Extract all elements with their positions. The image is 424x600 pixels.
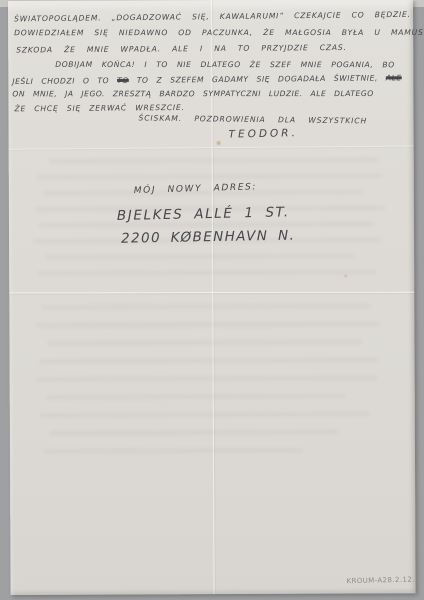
bleedthrough-smudge: [46, 394, 346, 400]
bleedthrough-smudge: [37, 173, 382, 180]
letter-line-3: SZKODA ŻE MNIE WPADŁA. ALE I NA TO PRZYJ…: [16, 43, 347, 55]
bleedthrough-smudge: [50, 430, 340, 436]
bleedthrough-smudge: [44, 448, 304, 454]
scanned-letter-page: { "letter": { "line1": "ŚWIATOPOGLĄDEM. …: [0, 0, 424, 600]
letter-line-1: ŚWIATOPOGLĄDEM. „DOGADZOWAĆ SIĘ, KAWALAR…: [14, 10, 411, 24]
paper-stain: [344, 275, 347, 278]
bleedthrough-smudge: [41, 303, 371, 309]
bleedthrough-smudge: [49, 157, 379, 163]
letter-line-2: DOWIEDZIAŁEM SIĘ NIEDAWNO OD PACZUNKA, Ż…: [14, 28, 424, 37]
letter-line-5-text: JEŚLI CHODZI O TO: [12, 76, 117, 86]
letter-paper: ŚWIATOPOGLĄDEM. „DOGADZOWAĆ SIĘ, KAWALAR…: [8, 0, 416, 595]
bleedthrough-smudge: [47, 339, 362, 345]
bleedthrough-smudge: [39, 221, 374, 227]
address-city: 2200 KØBENHAVN N.: [121, 228, 295, 247]
bleedthrough-smudge: [36, 375, 378, 381]
bleedthrough-smudge: [40, 411, 370, 417]
archive-number: KROUM-A28.2.12.: [346, 576, 414, 586]
bleedthrough-smudge: [45, 253, 355, 259]
letter-line-7: ŻE CHCĘ SIĘ ZERWAĆ WRESZCIE.: [14, 103, 184, 113]
bleedthrough-smudge: [37, 269, 377, 275]
bleedthrough-smudge: [35, 321, 380, 328]
letter-line-4: DOBIJAM KOŃCA! I TO NIE DLATEGO ŻE SZEF …: [55, 60, 395, 69]
letter-line-6: ON MNIE, JA JEGO. ZRESZTĄ BARDZO SYMPATY…: [12, 89, 373, 98]
letter-line-5: JEŚLI CHODZI O TO TO TO Z SZEFEM GADAMY …: [12, 73, 401, 86]
bleedthrough-smudge: [40, 357, 378, 363]
crossed-out-word: TO: [117, 76, 129, 85]
closing-line: ŚCISKAM. POZDROWIENIA DLA WSZYSTKICH: [138, 113, 367, 125]
paper-stain: [217, 141, 221, 145]
letter-line-5-text: TO Z SZEFEM GADAMY SIĘ DOGADAŁA ŚWIETNIE…: [129, 73, 386, 84]
crossed-out-word: ALE: [386, 73, 402, 82]
signature-name: TEODOR.: [228, 127, 298, 141]
